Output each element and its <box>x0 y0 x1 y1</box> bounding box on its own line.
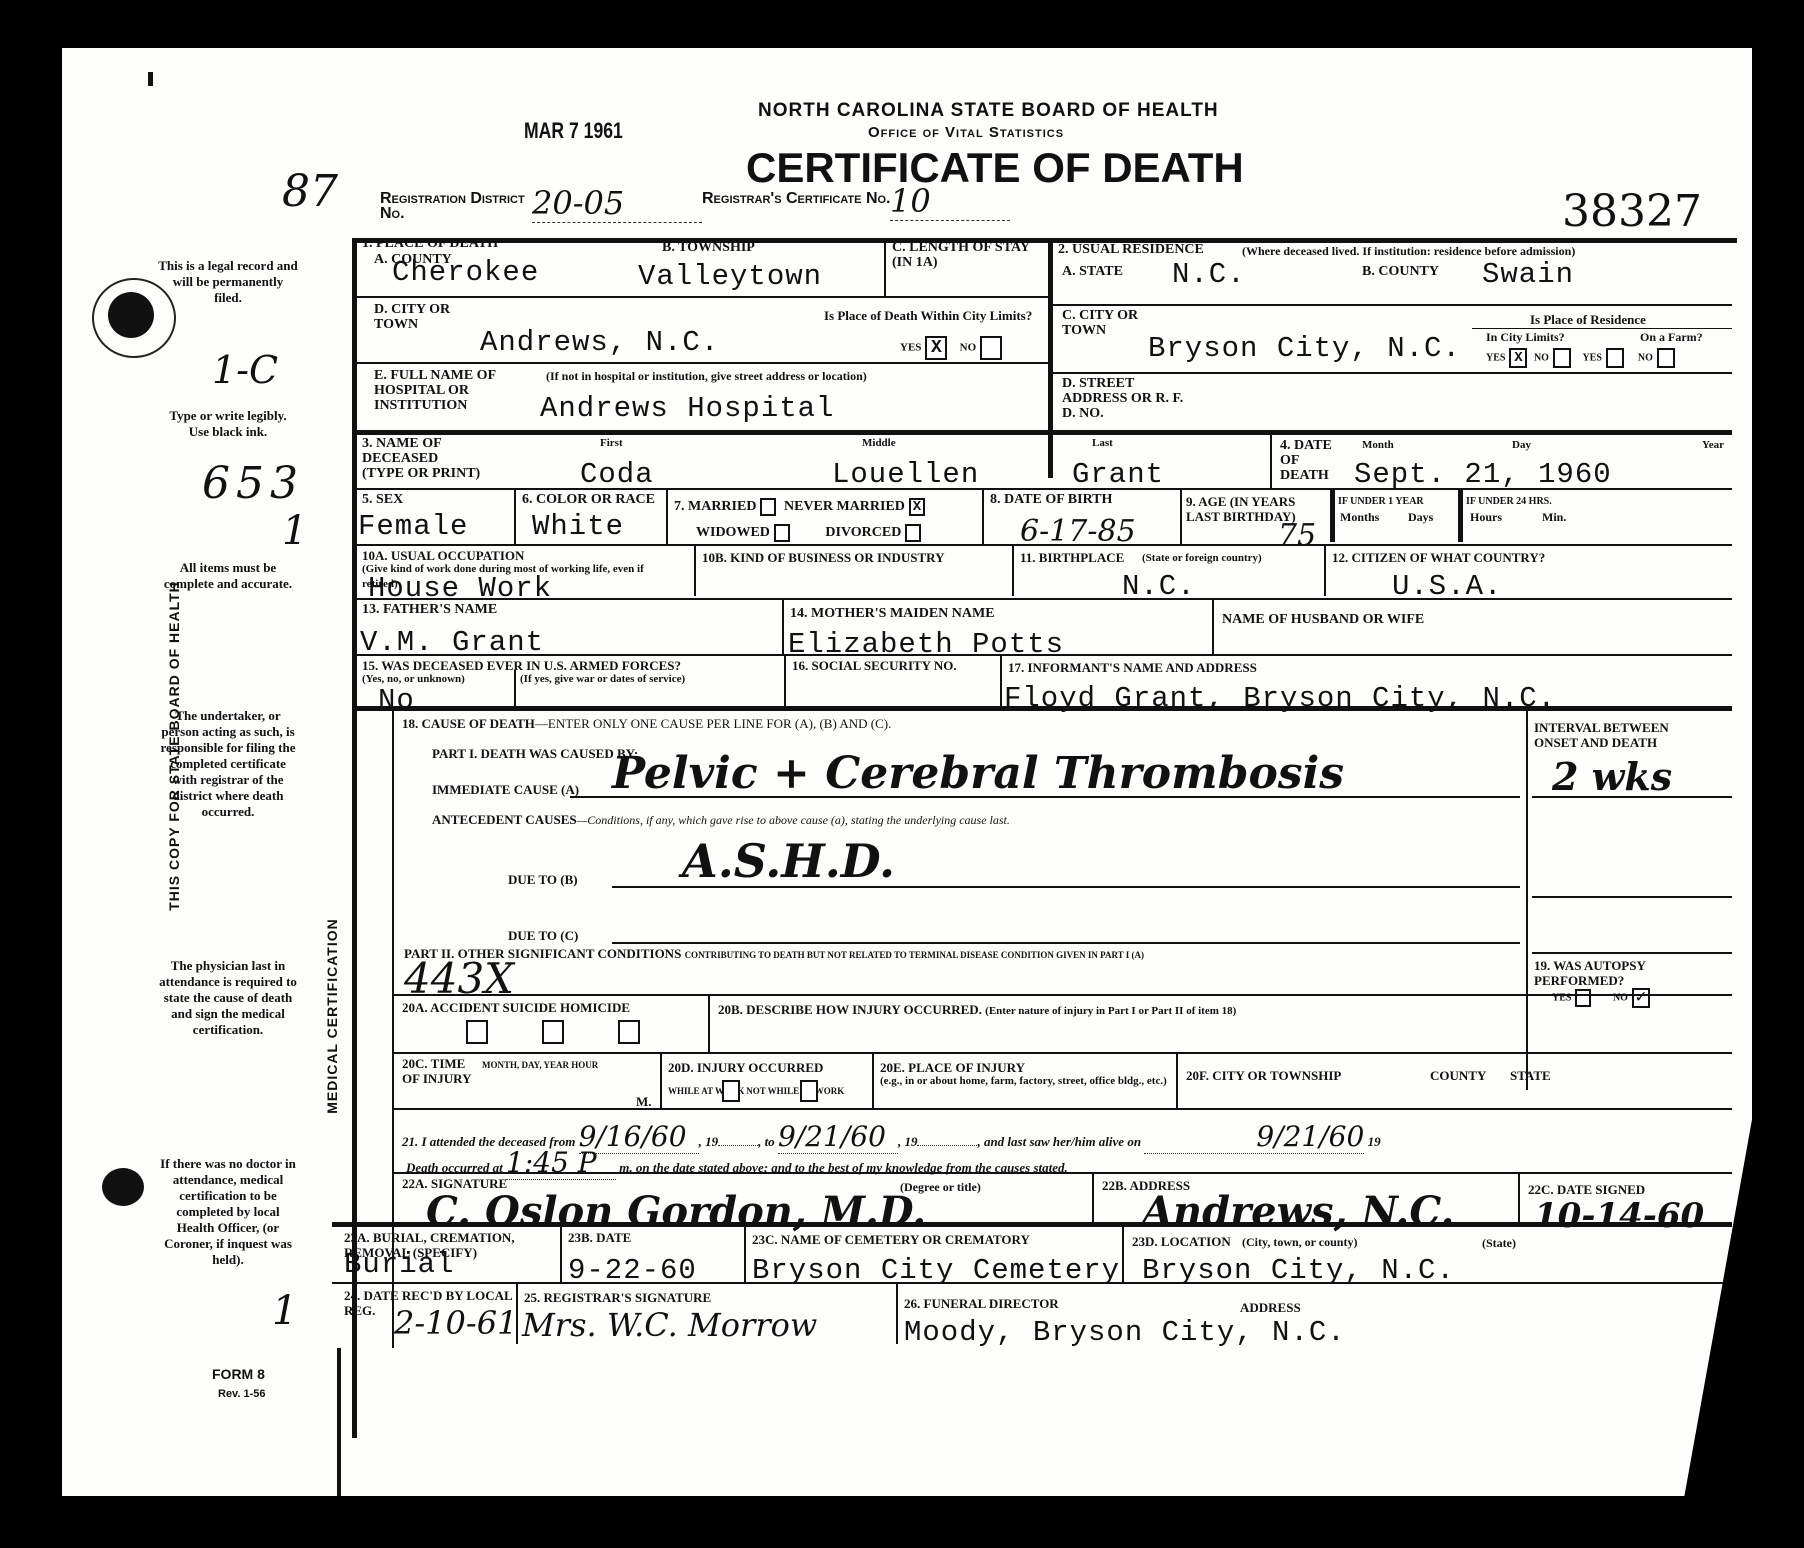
state-file-number: 38327 <box>1562 186 1702 237</box>
physician-note: The physician last in attendance is requ… <box>158 958 298 1038</box>
on-farm-label: On a Farm? <box>1640 330 1703 345</box>
immediate-cause-label: Immediate cause (a) <box>432 782 579 797</box>
injury-county-label: County <box>1430 1068 1486 1083</box>
street-address-label: d. Street Address or R. F. D. No. <box>1062 376 1192 421</box>
handwritten-corner-number: 87 <box>282 166 338 217</box>
funeral-director-label: 26. Funeral Director <box>904 1296 1059 1311</box>
burial-location-note: (City, town, or county) <box>1242 1235 1357 1250</box>
immediate-cause-value: Pelvic + Cerebral Thrombosis <box>612 748 1344 799</box>
suicide-checkbox[interactable] <box>542 1020 564 1044</box>
registrar-signature-value: Mrs. W.C. Morrow <box>522 1306 817 1344</box>
homicide-checkbox[interactable] <box>618 1020 640 1044</box>
birthplace-label: 11. Birthplace <box>1020 550 1124 565</box>
is-place-of-residence-label: Is Place of Residence <box>1530 312 1646 327</box>
death-time-line: Death occurred at 1:45 P m. on the date … <box>406 1146 1068 1180</box>
township-label: b. Township <box>662 240 755 255</box>
certificate-page: NORTH CAROLINA STATE BOARD OF HEALTH Off… <box>62 48 1752 1496</box>
registrar-cert-value: 10 <box>890 182 1010 221</box>
due-to-b-label: Due to (b) <box>508 872 578 887</box>
place-of-death-label: 1. Place of Death <box>362 236 498 251</box>
autopsy-no-checkbox[interactable]: ✓ <box>1632 988 1650 1008</box>
death-time-value: 1:45 P <box>506 1146 616 1180</box>
place-of-injury-label: 20e. Place of Injury <box>880 1060 1025 1075</box>
burial-location-label: 23d. Location <box>1132 1234 1231 1249</box>
cause-of-death-label: 18. Cause of Death—Enter only one cause … <box>402 716 891 731</box>
middle-name-value: Louellen <box>832 458 979 491</box>
date-signed-value: 10-14-60 <box>1534 1196 1704 1236</box>
no-doctor-note: If there was no doctor in attendance, me… <box>158 1156 298 1268</box>
deceased-name-label: 3. Name of Deceased (Type or Print) <box>362 436 482 481</box>
registration-district-value: 20-05 <box>532 184 702 223</box>
form-revision: Rev. 1-56 <box>218 1388 266 1400</box>
certifier-signature-value: C. Oslon Gordon, M.D. <box>426 1188 926 1235</box>
last-name-label: Last <box>1092 436 1113 451</box>
institution-label: e. Full Name of Hospital or Institution <box>374 368 544 413</box>
legal-record-note: This is a legal record and will be perma… <box>158 258 298 306</box>
cemetery-label: 23c. Name of Cemetery or Crematory <box>752 1232 1030 1247</box>
hours-label: Hours <box>1470 510 1502 525</box>
months-label: Months <box>1340 510 1379 525</box>
office-name: Office of Vital Statistics <box>868 124 1064 141</box>
vertical-copy-label: THIS COPY FOR STATE BOARD OF HEALTH <box>166 556 182 936</box>
last-name-value: Grant <box>1072 458 1164 491</box>
days-label: Days <box>1408 510 1433 525</box>
mother-name-label: 14. Mother's Maiden Name <box>790 606 995 621</box>
age-value: 75 <box>1278 518 1316 553</box>
injury-occurred-label: 20d. Injury Occurred <box>668 1060 823 1075</box>
last-saw-alive-value: 9/21/60 <box>1144 1120 1364 1154</box>
part2-label: Part II. Other significant conditions co… <box>404 946 1144 963</box>
date-signed-label: 22c. Date Signed <box>1528 1182 1645 1197</box>
marital-status-group: 7. Married Never MarriedX <box>674 498 929 516</box>
within-limits-options: YESX NO <box>900 336 1006 360</box>
first-name-label: First <box>600 436 623 451</box>
institution-note: (If not in hospital or institution, give… <box>546 369 867 384</box>
injury-state-label: State <box>1510 1068 1551 1083</box>
birthplace-note: (State or foreign country) <box>1142 551 1262 566</box>
autopsy-yes-checkbox[interactable] <box>1575 989 1591 1007</box>
registration-district-label: Registration District No. <box>380 191 530 221</box>
middle-name-label: Middle <box>862 436 896 451</box>
residence-options: YESX NO YES NO <box>1486 348 1679 368</box>
funeral-director-value: Moody, Bryson City, N.C. <box>904 1316 1346 1349</box>
punch-hole <box>108 292 154 338</box>
on-farm-no-checkbox[interactable] <box>1657 348 1675 368</box>
residence-state-value: N.C. <box>1172 258 1246 291</box>
handwritten-mark: 653 <box>202 458 304 509</box>
occupation-value: House Work <box>368 572 552 605</box>
injury-city-label: 20f. City or Township <box>1186 1068 1341 1083</box>
while-at-work-checkbox[interactable] <box>722 1080 740 1102</box>
degree-label: (Degree or title) <box>900 1180 981 1195</box>
burial-date-label: 23b. Date <box>568 1230 631 1245</box>
township-value: Valleytown <box>638 260 822 293</box>
informant-label: 17. Informant's Name and Address <box>1008 660 1257 675</box>
ssn-label: 16. Social Security No. <box>792 658 957 673</box>
board-name: NORTH CAROLINA STATE BOARD OF HEALTH <box>758 100 1219 122</box>
occupation-label: 10a. Usual Occupation <box>362 548 524 563</box>
birth-date-label: 8. Date of Birth <box>990 492 1112 507</box>
part1-label: Part I. Death was caused by: <box>432 746 638 761</box>
residence-city-label: c. City or Town <box>1062 308 1142 338</box>
month-label: Month <box>1362 438 1394 453</box>
not-while-at-work-checkbox[interactable] <box>800 1080 818 1102</box>
in-city-yes-checkbox[interactable]: X <box>1509 348 1527 368</box>
sex-value: Female <box>358 510 468 543</box>
length-of-stay-label: c. Length of Stay (in 1a) <box>892 240 1032 270</box>
death-county-value: Cherokee <box>392 256 539 289</box>
race-value: White <box>532 510 624 543</box>
autopsy-label: 19. Was Autopsy Performed? <box>1534 958 1694 988</box>
married-checkbox[interactable] <box>760 498 776 516</box>
ink-mark <box>148 72 153 86</box>
within-limits-yes-checkbox[interactable]: X <box>925 336 947 360</box>
date-of-death-label: 4. Date of Death <box>1280 438 1340 483</box>
residence-city-value: Bryson City, N.C. <box>1148 332 1461 365</box>
first-name-value: Coda <box>580 458 654 491</box>
accident-checkbox[interactable] <box>466 1020 488 1044</box>
day-label: Day <box>1512 438 1531 453</box>
autopsy-options: YES NO✓ <box>1552 988 1654 1008</box>
on-farm-yes-checkbox[interactable] <box>1606 348 1624 368</box>
mother-name-value: Elizabeth Potts <box>788 628 1064 661</box>
due-to-b-value: A.S.H.D. <box>682 834 895 888</box>
min-label: Min. <box>1542 510 1566 525</box>
marital-status-group-2: Widowed Divorced <box>696 524 925 542</box>
residence-county-label: b. County <box>1362 264 1439 279</box>
usual-residence-label: 2. Usual Residence <box>1058 242 1204 257</box>
registrar-cert-label: Registrar's Certificate No. <box>702 191 902 206</box>
within-limits-label: Is Place of Death Within City Limits? <box>824 308 1044 323</box>
date-received-value: 2-10-61 <box>394 1304 517 1342</box>
within-limits-no-checkbox[interactable] <box>980 336 1002 360</box>
due-to-c-label: Due to (c) <box>508 928 578 943</box>
armed-forces-note-b: (If yes, give war or dates of service) <box>520 672 685 687</box>
never-married-checkbox[interactable]: X <box>909 498 925 516</box>
funeral-address-label: Address <box>1240 1300 1301 1315</box>
armed-forces-value: No <box>378 684 415 717</box>
manner-label: 20a. Accident Suicide Homicide <box>402 1000 630 1015</box>
handwritten-mark: 1-C <box>212 348 278 392</box>
date-of-death-value: Sept. 21, 1960 <box>1354 458 1612 491</box>
usual-residence-note: (Where deceased lived. If institution: r… <box>1242 244 1575 259</box>
in-city-limits-label: In City Limits? <box>1486 330 1565 345</box>
manner-options <box>462 1020 644 1044</box>
injury-time-columns: Month, Day, Year Hour <box>482 1058 598 1073</box>
father-name-label: 13. Father's Name <box>362 602 497 617</box>
year-label: Year <box>1702 438 1724 453</box>
form-number: FORM 8 <box>212 1366 265 1382</box>
under-1-year-label: If under 1 year <box>1338 494 1424 509</box>
received-stamp: MAR 7 1961 <box>524 118 623 144</box>
death-city-value: Andrews, N.C. <box>480 326 719 359</box>
handwritten-mark: 1 <box>272 1288 297 1334</box>
burial-value: Burial <box>344 1248 454 1281</box>
interval-label: Interval between onset and death <box>1534 720 1714 750</box>
handwritten-mark: 1 <box>282 508 307 554</box>
residence-state-label: a. State <box>1062 264 1123 279</box>
injury-describe-label: 20b. Describe how injury occurred. (Ente… <box>718 1002 1236 1019</box>
divorced-checkbox[interactable] <box>905 524 921 542</box>
death-city-label: d. City or Town <box>374 302 454 332</box>
under-24-hrs-label: If under 24 hrs. <box>1466 494 1552 509</box>
certifier-address-value: Andrews, N.C. <box>1142 1188 1454 1235</box>
widowed-checkbox[interactable] <box>774 524 790 542</box>
punch-hole <box>102 1168 144 1206</box>
institution-value: Andrews Hospital <box>540 392 834 425</box>
injury-time-m: M. <box>636 1094 652 1109</box>
citizen-label: 12. Citizen of What Country? <box>1332 550 1545 565</box>
sex-label: 5. Sex <box>362 492 403 507</box>
armed-forces-label: 15. Was Deceased Ever in U.S. Armed Forc… <box>362 658 681 673</box>
interval-value: 2 wks <box>1552 754 1672 799</box>
spouse-name-label: Name of Husband or Wife <box>1222 612 1424 627</box>
injury-occurred-options: While at Work Not While at Work <box>668 1080 822 1102</box>
industry-label: 10b. Kind of Business or Industry <box>702 550 945 565</box>
antecedent-label: Antecedent causes—Conditions, if any, wh… <box>432 812 1010 828</box>
place-of-injury-note: (e.g., in or about home, farm, factory, … <box>880 1074 1180 1089</box>
residence-county-value: Swain <box>1482 258 1574 291</box>
registrar-signature-label: 25. Registrar's Signature <box>524 1290 711 1305</box>
type-legibly-note: Type or write legibly. Use black ink. <box>158 408 298 440</box>
in-city-no-checkbox[interactable] <box>1553 348 1571 368</box>
race-label: 6. Color or Race <box>522 492 655 507</box>
injury-time-label: 20c. Time of Injury <box>402 1056 472 1086</box>
burial-state-label: (State) <box>1482 1236 1516 1251</box>
